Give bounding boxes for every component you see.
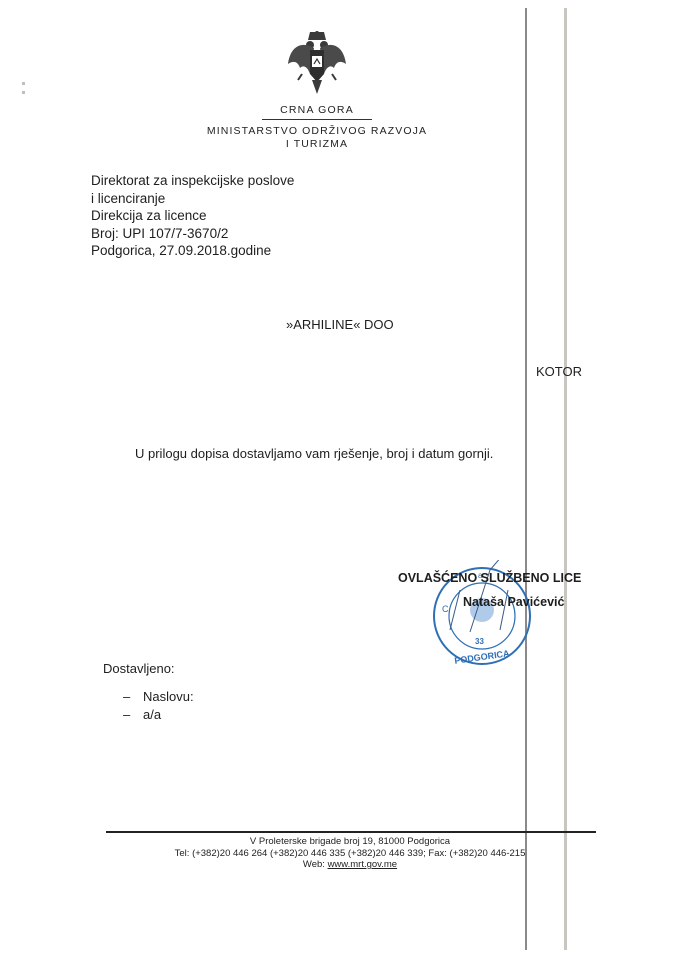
- dash-bullet: –: [123, 706, 143, 724]
- coat-of-arms-icon: [286, 30, 348, 96]
- list-item: –a/a: [123, 706, 194, 724]
- scan-artifact: [22, 82, 25, 100]
- dash-bullet: –: [123, 688, 143, 706]
- list-item-text: Naslovu:: [143, 689, 194, 704]
- country-name: CRNA GORA: [0, 104, 634, 116]
- web-label: Web:: [303, 859, 328, 870]
- ministry-line: I TURIZMA: [0, 138, 634, 151]
- recipient-name: »ARHILINE« DOO: [286, 317, 394, 332]
- footer-divider: [106, 831, 596, 833]
- sender-directorate: Direktorat za inspekcijske poslove: [91, 172, 294, 190]
- list-item: –Naslovu:: [123, 688, 194, 706]
- sender-directorate-cont: i licenciranje: [91, 190, 294, 208]
- delivered-list: –Naslovu: –a/a: [123, 688, 194, 724]
- website-link[interactable]: www.mrt.gov.me: [328, 859, 398, 870]
- sender-block: Direktorat za inspekcijske poslove i lic…: [91, 172, 294, 260]
- delivered-label: Dostavljeno:: [103, 661, 175, 676]
- list-item-text: a/a: [143, 707, 161, 722]
- document-date: Podgorica, 27.09.2018.godine: [91, 242, 294, 260]
- document-number: Broj: UPI 107/7-3670/2: [91, 225, 294, 243]
- letter-body: U prilogu dopisa dostavljamo vam rješenj…: [135, 446, 493, 461]
- signatory-name: Nataša Pavićević: [463, 595, 564, 609]
- footer-address: V Proleterske brigade broj 19, 81000 Pod…: [100, 836, 600, 848]
- header-divider: [262, 119, 372, 120]
- ministry-line: MINISTARSTVO ODRŽIVOG RAZVOJA: [0, 125, 634, 138]
- footer: V Proleterske brigade broj 19, 81000 Pod…: [100, 836, 600, 871]
- signatory-title: OVLAŠĆENO SLUŽBENO LICE: [398, 571, 581, 585]
- recipient-city: KOTOR: [536, 364, 582, 379]
- footer-phones: Tel: (+382)20 446 264 (+382)20 446 335 (…: [100, 848, 600, 860]
- svg-text:C: C: [442, 604, 449, 614]
- svg-text:33: 33: [475, 637, 484, 646]
- footer-web: Web: www.mrt.gov.me: [100, 859, 600, 871]
- sender-directorate-unit: Direkcija za licence: [91, 207, 294, 225]
- ministry-name: MINISTARSTVO ODRŽIVOG RAZVOJA I TURIZMA: [0, 125, 634, 151]
